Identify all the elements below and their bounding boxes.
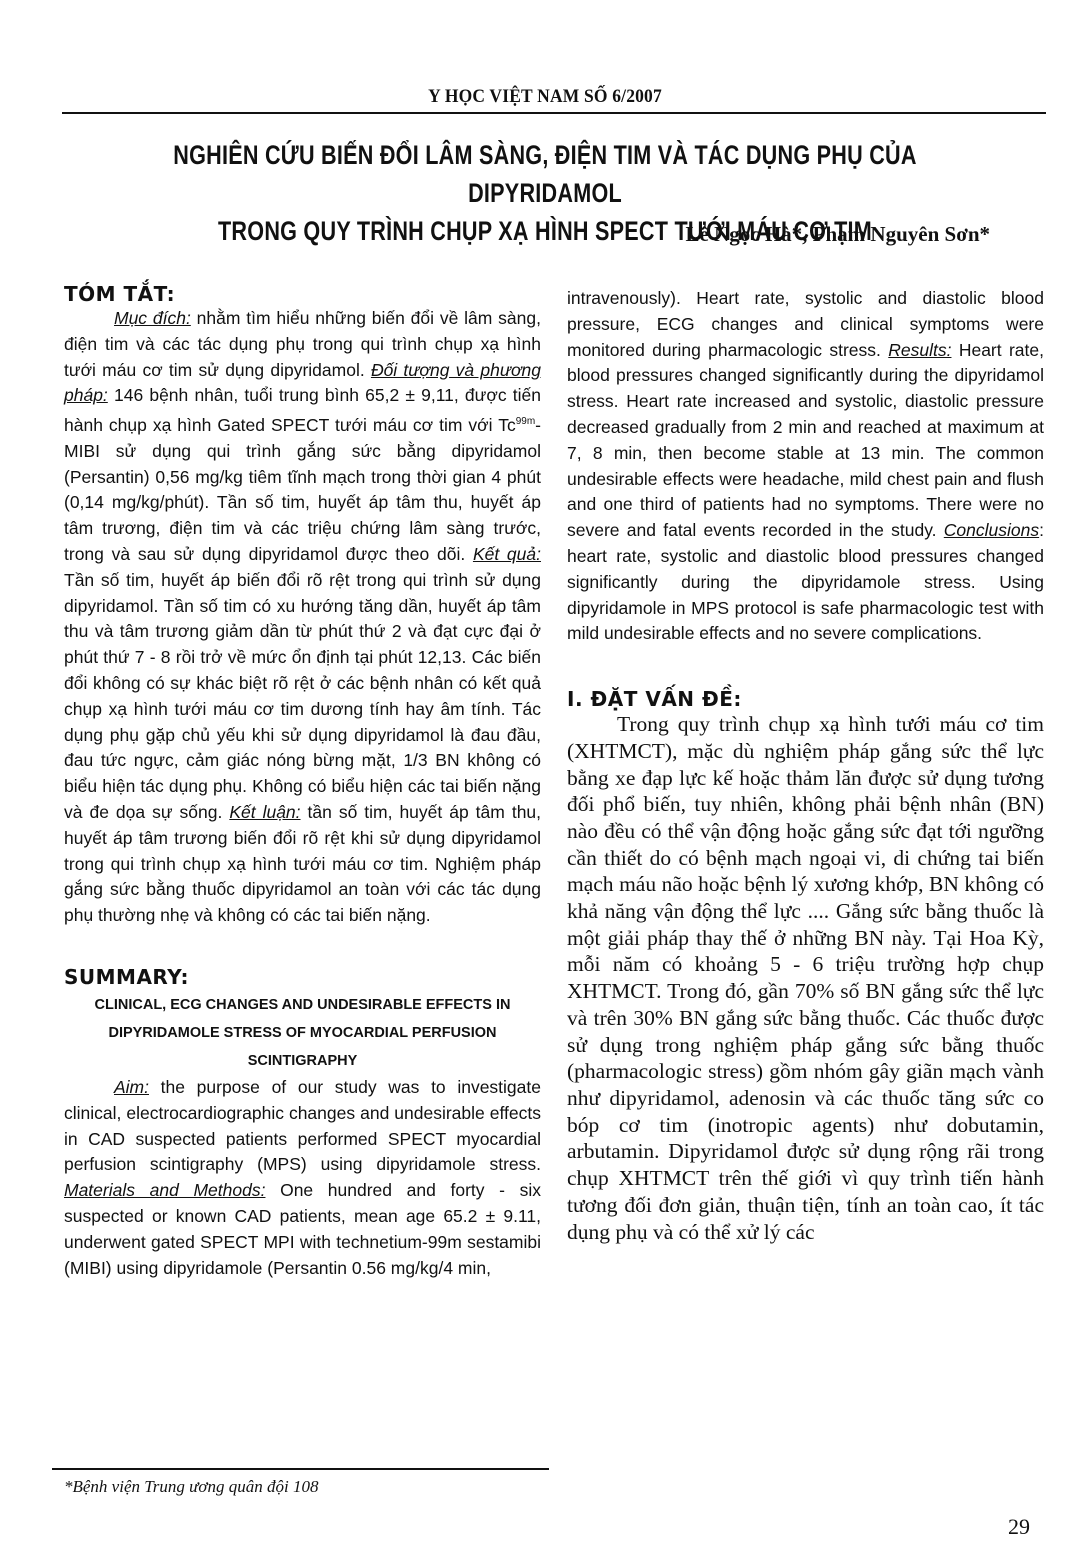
isotope-superscript: 99m xyxy=(516,416,535,427)
summary-title-line-3: SCINTIGRAPHY xyxy=(64,1047,541,1075)
ket-luan-label: Kết luận: xyxy=(229,802,300,822)
doi-tuong-text-a: 146 bệnh nhân, tuổi trung bình 65,2 ± 9,… xyxy=(64,385,541,435)
right-column: intravenously). Heart rate, systolic and… xyxy=(567,286,1044,1245)
summary-heading: SUMMARY: xyxy=(64,965,541,989)
conclusions-label: Conclusions xyxy=(944,520,1039,540)
footnote-rule xyxy=(52,1468,549,1470)
tom-tat-heading: TÓM TẮT: xyxy=(64,282,541,306)
results-text: Heart rate, blood pressures changed sign… xyxy=(567,340,1044,541)
methods-label: Materials and Methods: xyxy=(64,1180,265,1200)
summary-paragraph-right: intravenously). Heart rate, systolic and… xyxy=(567,286,1044,647)
article-title-line-1: NGHIÊN CỨU BIẾN ĐỔI LÂM SÀNG, ĐIỆN TIM V… xyxy=(109,136,981,212)
summary-paragraph-left: Aim: the purpose of our study was to inv… xyxy=(64,1075,541,1281)
aim-label: Aim: xyxy=(114,1077,149,1097)
summary-title-line-2: DIPYRIDAMOLE STRESS OF MYOCARDIAL PERFUS… xyxy=(64,1019,541,1047)
page-number: 29 xyxy=(1008,1514,1030,1540)
header-rule xyxy=(62,112,1046,114)
journal-header: Y HỌC VIỆT NAM SỐ 6/2007 xyxy=(44,86,1047,108)
section-1-body: Trong quy trình chụp xạ hình tưới máu cơ… xyxy=(567,711,1044,1245)
section-1-heading: I. ĐẶT VẤN ĐỀ: xyxy=(567,687,1044,711)
muc-dich-label: Mục đích: xyxy=(114,308,191,328)
ket-qua-text: Tần số tim, huyết áp biến đổi rõ rệt tro… xyxy=(64,570,541,822)
footnote: *Bệnh viện Trung ương quân đội 108 xyxy=(64,1477,318,1497)
authors: Lê Ngọc Hà*, Phạm Nguyên Sơn* xyxy=(686,222,990,247)
ket-qua-label: Kết quả: xyxy=(473,544,541,564)
tom-tat-paragraph: Mục đích: nhằm tìm hiểu những biến đổi v… xyxy=(64,306,541,929)
left-column: TÓM TẮT: Mục đích: nhằm tìm hiểu những b… xyxy=(64,282,541,1281)
summary-title: CLINICAL, ECG CHANGES AND UNDESIRABLE EF… xyxy=(64,991,541,1075)
results-label: Results: xyxy=(888,340,951,360)
summary-title-line-1: CLINICAL, ECG CHANGES AND UNDESIRABLE EF… xyxy=(64,991,541,1019)
doi-tuong-text-b: - MIBI sử dụng qui trình gắng sức bằng d… xyxy=(64,415,541,564)
